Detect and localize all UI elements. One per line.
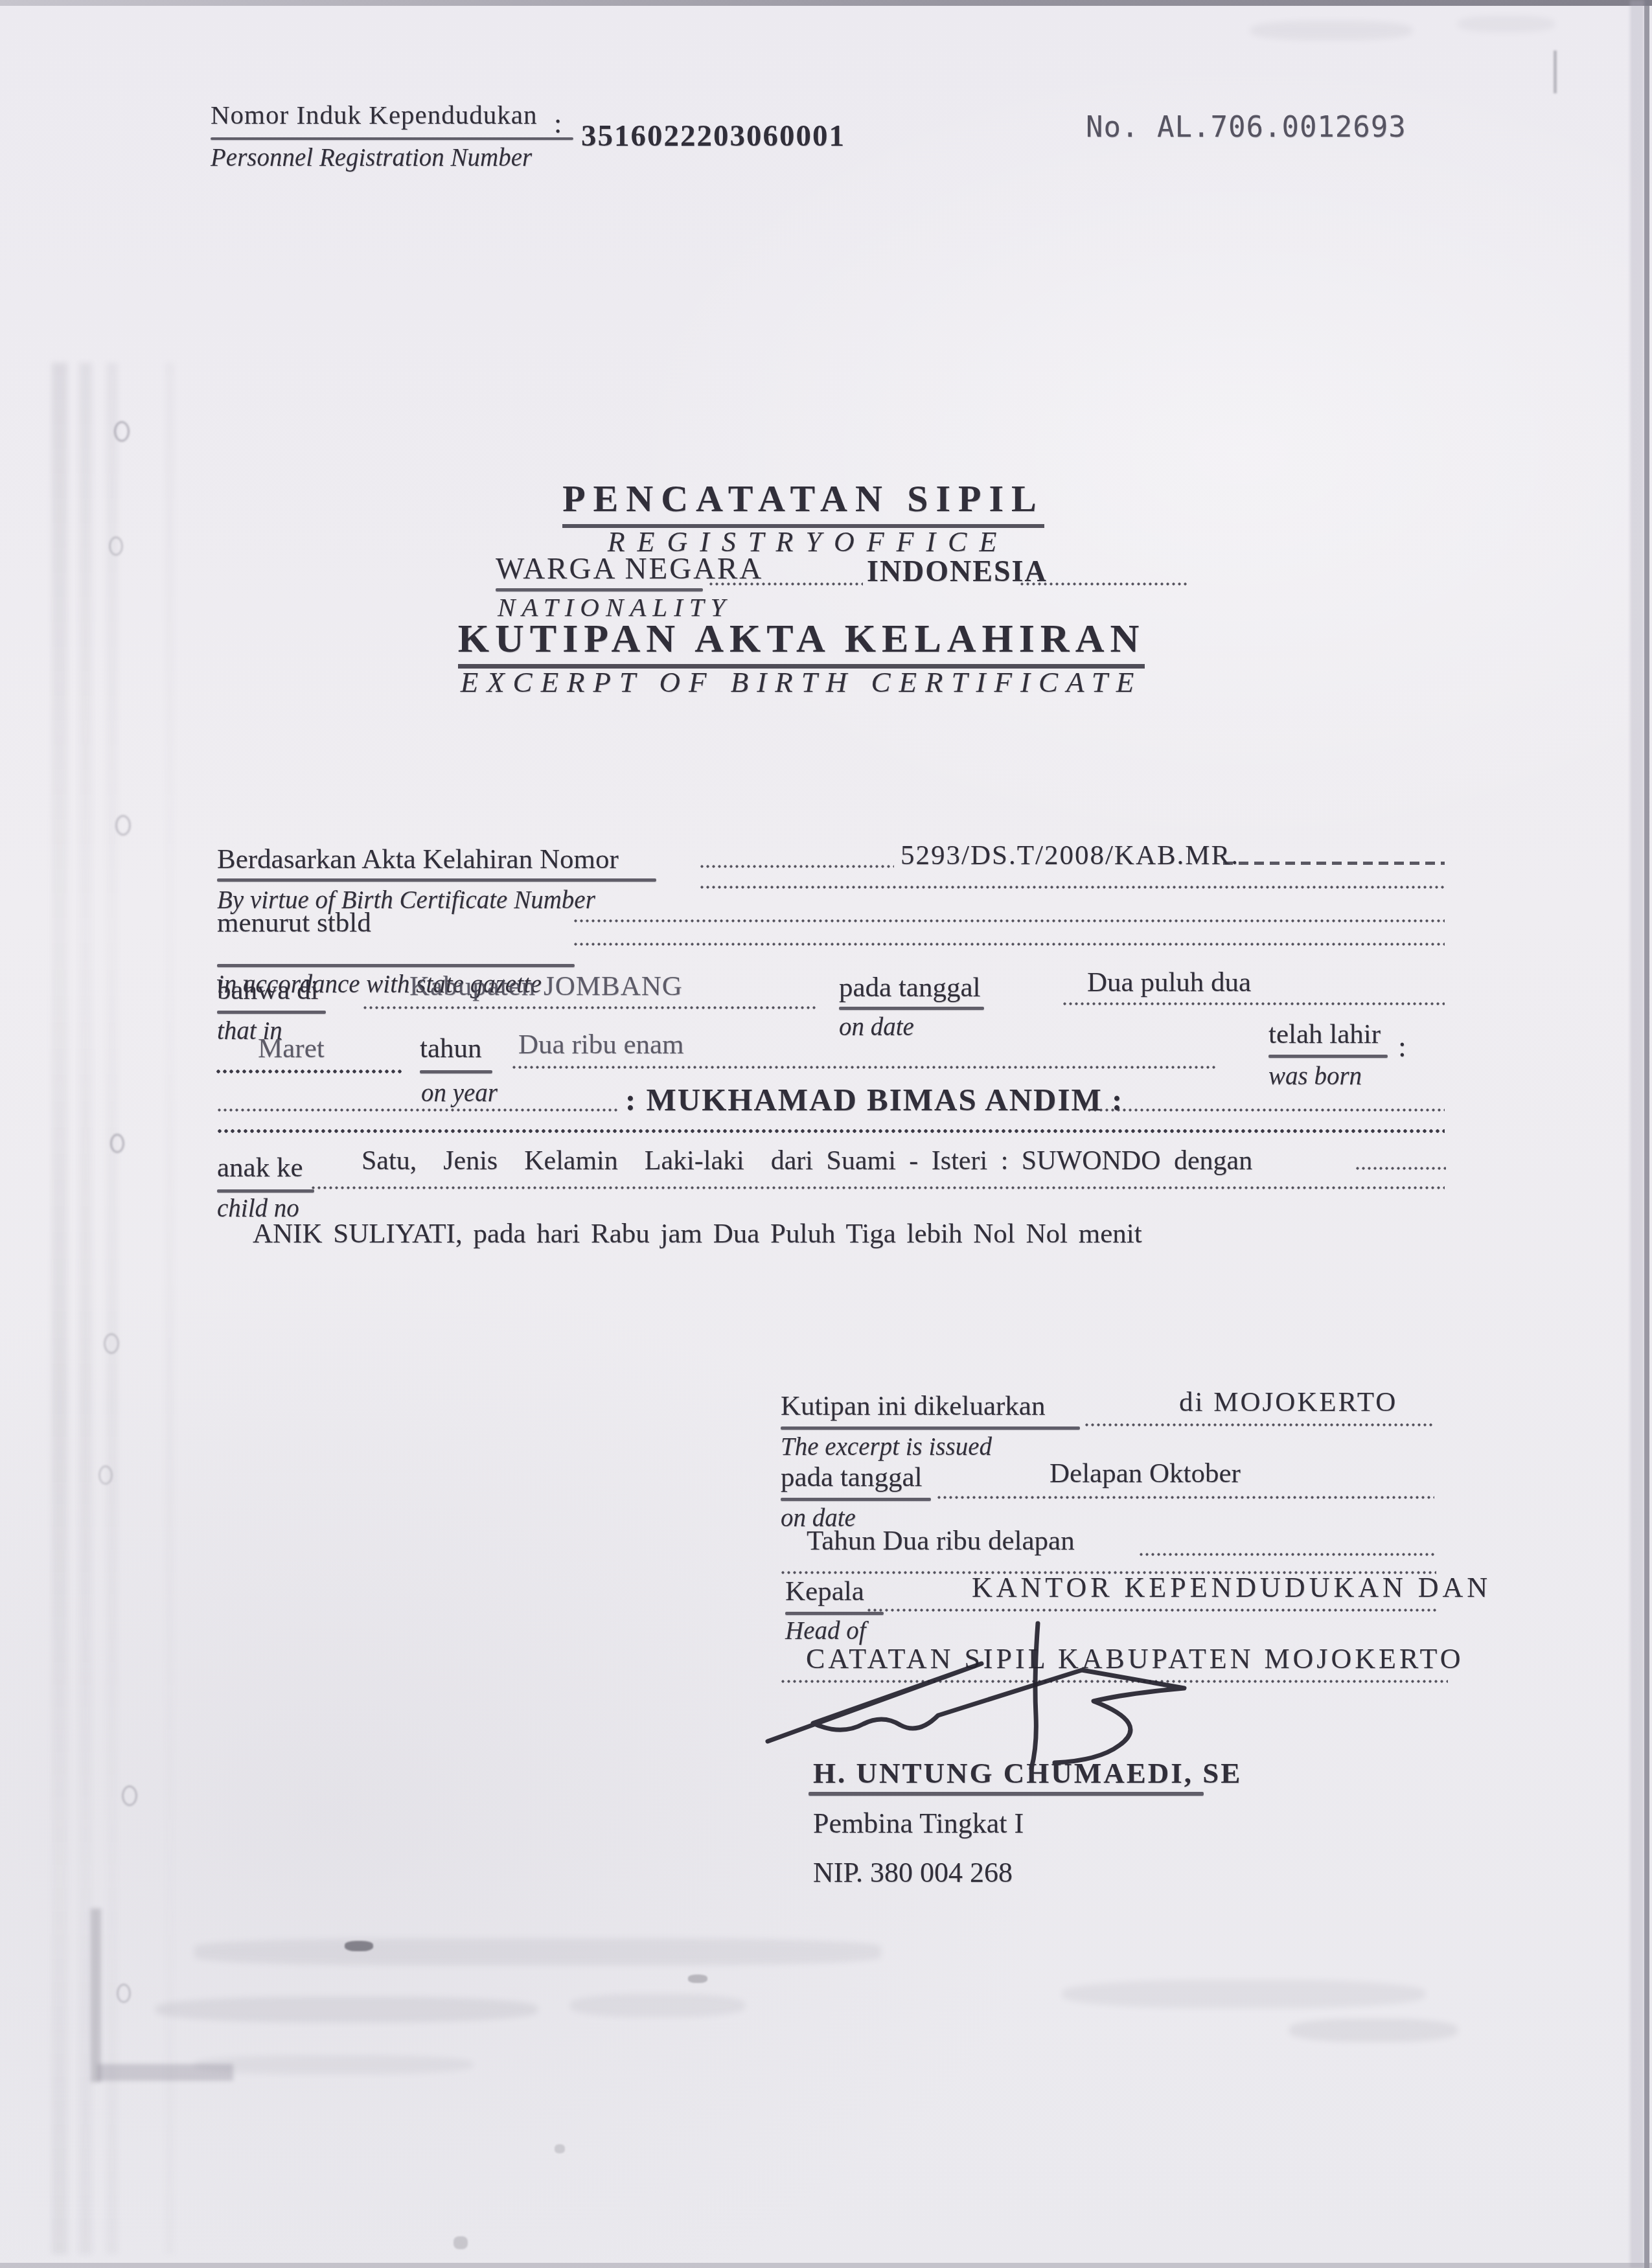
certificate-label: Berdasarkan Akta Kelahiran Nomor xyxy=(217,845,619,874)
certificate-underline xyxy=(217,878,656,882)
issue-place-value: di MOJOKERTO xyxy=(1179,1388,1397,1417)
month-value: Maret xyxy=(258,1034,325,1063)
scan-top-edge xyxy=(0,0,1652,6)
nik-label-en: Personnel Registration Number xyxy=(211,145,532,172)
born-colon: : xyxy=(1398,1031,1406,1062)
nationality-underline xyxy=(496,588,703,591)
dotted-line xyxy=(363,1005,816,1010)
paper-crease-2 xyxy=(79,363,92,2254)
document-number: No. AL.706.0012693 xyxy=(1086,113,1406,143)
registry-title-text: PENCATATAN SIPIL xyxy=(562,479,1044,528)
dotted-line xyxy=(216,1069,404,1074)
signature-stroke xyxy=(768,1664,1184,1763)
place-underline xyxy=(217,1011,326,1014)
smudge xyxy=(1250,21,1412,40)
excerpt-title-en: EXCERPT OF BIRTH CERTIFICATE xyxy=(413,667,1190,698)
smudge xyxy=(155,1997,538,2022)
bleed-mark xyxy=(122,1785,137,1806)
dotted-line xyxy=(1139,1552,1436,1557)
born-label-en: was born xyxy=(1268,1064,1362,1090)
smudge xyxy=(194,1938,881,1965)
nik-value: 3516022203060001 xyxy=(581,120,845,152)
child-no-label: anak ke xyxy=(217,1153,303,1182)
dotted-line xyxy=(1062,1002,1445,1006)
smudge xyxy=(570,1994,745,2017)
issue-label-en: The excerpt is issued xyxy=(781,1434,992,1461)
smudge xyxy=(1458,16,1555,32)
smudge xyxy=(1554,51,1557,93)
signature-stroke-vertical xyxy=(1031,1623,1038,1769)
official-name: H. UNTUNG CHUMAEDI, SE xyxy=(813,1758,1242,1789)
dotted-line xyxy=(1355,1166,1446,1171)
scan-right-edge xyxy=(1644,0,1649,2268)
smudge xyxy=(1062,1980,1425,2008)
nationality-label: WARGA NEGARA xyxy=(496,553,763,585)
certificate-value: 5293/DS.T/2008/KAB.MR. xyxy=(901,841,1239,870)
ink-speck xyxy=(555,2144,565,2153)
date-label-en: on date xyxy=(839,1014,914,1041)
dotted-line xyxy=(1084,1423,1434,1427)
gazette-underline xyxy=(217,964,575,967)
nik-underline xyxy=(211,137,573,140)
certificate-page: Nomor Induk Kependudukan Personnel Regis… xyxy=(0,0,1652,2268)
issue-label: Kutipan ini dikeluarkan xyxy=(781,1392,1045,1421)
child-no-underline xyxy=(217,1189,314,1193)
bleed-mark xyxy=(109,536,123,556)
excerpt-title: KUTIPAN AKTA KELAHIRAN xyxy=(413,618,1190,669)
scan-right-band xyxy=(1630,0,1644,2268)
bleed-frame xyxy=(91,1908,101,2082)
head-label: Kepala xyxy=(785,1577,864,1606)
paper-crease-3 xyxy=(106,363,118,2254)
smudge xyxy=(1289,2019,1458,2042)
nik-colon: : xyxy=(554,109,562,139)
issue-underline xyxy=(781,1426,1080,1430)
ink-speck xyxy=(345,1941,373,1951)
date-label: pada tanggal xyxy=(839,973,981,1002)
dash-line xyxy=(1223,862,1445,865)
place-value: Kabupaten JOMBANG xyxy=(409,972,683,1001)
year-label-en: on year xyxy=(421,1081,498,1107)
dotted-line xyxy=(1087,1108,1445,1112)
year-value: Dua ribu enam xyxy=(518,1030,684,1059)
dotted-line xyxy=(1020,582,1188,586)
paper-crease-4 xyxy=(165,363,174,2254)
bleed-mark xyxy=(115,815,131,836)
office-line1: KANTOR KEPENDUDUKAN DAN xyxy=(972,1573,1491,1603)
registry-title: PENCATATAN SIPIL xyxy=(479,479,1127,528)
smudge xyxy=(194,2055,473,2074)
bleed-mark xyxy=(98,1465,113,1485)
place-label: bahwa di xyxy=(217,976,318,1005)
dotted-line xyxy=(573,919,1445,923)
dotted-line xyxy=(217,1128,1445,1134)
bleed-mark xyxy=(114,421,130,442)
ink-speck xyxy=(453,2236,468,2249)
year-label: tahun xyxy=(420,1034,482,1063)
excerpt-title-text: KUTIPAN AKTA KELAHIRAN xyxy=(458,618,1145,669)
child-name: : MUKHAMAD BIMAS ANDIM : xyxy=(625,1083,1123,1116)
nik-label: Nomor Induk Kependudukan xyxy=(211,101,538,129)
dotted-line xyxy=(867,1608,1437,1612)
issue-date-underline xyxy=(781,1498,931,1501)
born-label: telah lahir xyxy=(1268,1020,1381,1049)
child-no-value: Satu, Jenis Kelamin Laki-laki dari Suami… xyxy=(361,1147,1252,1175)
official-rank: Pembina Tingkat I xyxy=(813,1809,1024,1838)
ink-speck xyxy=(688,1975,707,1983)
bleed-mark xyxy=(117,1984,131,2003)
date-underline xyxy=(839,1007,984,1010)
date-value: Dua puluh dua xyxy=(1087,968,1251,997)
dotted-line xyxy=(937,1495,1434,1500)
mother-line: ANIK SULIYATI, pada hari Rabu jam Dua Pu… xyxy=(253,1219,1142,1248)
dotted-line xyxy=(311,1186,1445,1190)
official-nip: NIP. 380 004 268 xyxy=(813,1858,1013,1888)
dotted-line xyxy=(709,582,863,586)
gazette-label: menurut stbld xyxy=(217,908,371,937)
dotted-line xyxy=(217,1108,619,1112)
bleed-mark xyxy=(110,1134,124,1153)
issue-year-value: Tahun Dua ribu delapan xyxy=(807,1526,1075,1555)
year-underline xyxy=(420,1070,492,1073)
dotted-line xyxy=(512,1065,1218,1070)
issue-date-label: pada tanggal xyxy=(781,1463,923,1492)
born-underline xyxy=(1268,1055,1388,1058)
bleed-mark xyxy=(104,1333,119,1354)
dotted-line xyxy=(700,885,1445,889)
issue-date-value: Delapan Oktober xyxy=(1050,1459,1241,1488)
official-name-underline xyxy=(809,1792,1204,1796)
dotted-line xyxy=(700,864,894,869)
scan-bottom-edge xyxy=(0,2263,1652,2268)
paper-crease-1 xyxy=(52,363,67,2254)
signature xyxy=(731,1618,1230,1774)
dotted-line xyxy=(573,942,1445,946)
